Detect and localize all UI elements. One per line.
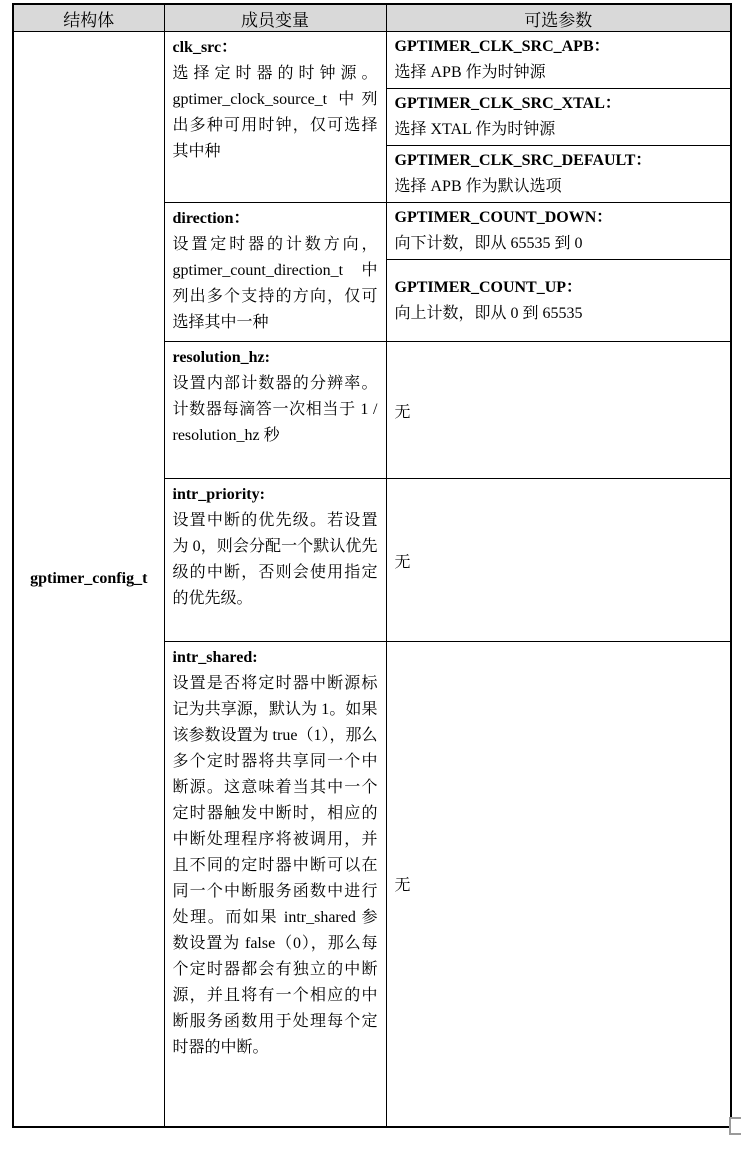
member-desc-clk-src: 选择定时器的时钟源。gptimer_clock_source_t 中列出多种可用…	[173, 61, 378, 165]
member-desc-resolution-hz: 设置内部计数器的分辨率。计数器每滴答一次相当于 1 / resolution_h…	[173, 371, 378, 449]
option-name-clk-src-default: GPTIMER_CLK_SRC_DEFAULT：	[395, 148, 723, 174]
none-label: 无	[395, 872, 723, 895]
option-cell-count-up: GPTIMER_COUNT_UP： 向上计数，即从 0 到 65535	[386, 260, 731, 342]
none-label: 无	[395, 549, 723, 572]
header-structure: 结构体	[13, 4, 164, 32]
member-name-intr-priority: intr_priority:	[173, 482, 378, 508]
member-desc-direction: 设置定时器的计数方向，gptimer_count_direction_t 中列出…	[173, 232, 378, 336]
member-cell-intr-shared: intr_shared: 设置是否将定时器中断源标记为共享源，默认为 1。如果该…	[164, 642, 386, 1127]
member-cell-clk-src: clk_src： 选择定时器的时钟源。gptimer_clock_source_…	[164, 32, 386, 203]
gptimer-config-table: 结构体 成员变量 可选参数 gptimer_config_t clk_src： …	[12, 3, 732, 1128]
option-cell-resolution-hz-none: 无	[386, 342, 731, 479]
header-optional-params: 可选参数	[386, 4, 731, 32]
option-cell-clk-src-xtal: GPTIMER_CLK_SRC_XTAL： 选择 XTAL 作为时钟源	[386, 89, 731, 146]
option-desc-clk-src-apb: 选择 APB 作为时钟源	[395, 60, 723, 86]
option-cell-intr-shared-none: 无	[386, 642, 731, 1127]
option-cell-clk-src-default: GPTIMER_CLK_SRC_DEFAULT： 选择 APB 作为默认选项	[386, 146, 731, 203]
option-name-count-up: GPTIMER_COUNT_UP：	[395, 275, 723, 301]
option-cell-clk-src-apb: GPTIMER_CLK_SRC_APB： 选择 APB 作为时钟源	[386, 32, 731, 89]
struct-name: gptimer_config_t	[30, 570, 147, 587]
member-name-direction: direction：	[173, 206, 378, 232]
header-row: 结构体 成员变量 可选参数	[13, 4, 731, 32]
none-label: 无	[395, 399, 723, 422]
option-name-clk-src-apb: GPTIMER_CLK_SRC_APB：	[395, 34, 723, 60]
member-name-intr-shared: intr_shared:	[173, 645, 378, 671]
option-cell-intr-priority-none: 无	[386, 479, 731, 642]
option-name-clk-src-xtal: GPTIMER_CLK_SRC_XTAL：	[395, 91, 723, 117]
option-desc-count-down: 向下计数，即从 65535 到 0	[395, 231, 723, 257]
struct-name-cell: gptimer_config_t	[13, 32, 164, 1127]
header-member-variable: 成员变量	[164, 4, 386, 32]
option-cell-count-down: GPTIMER_COUNT_DOWN： 向下计数，即从 65535 到 0	[386, 203, 731, 260]
member-cell-direction: direction： 设置定时器的计数方向，gptimer_count_dire…	[164, 203, 386, 342]
member-desc-intr-priority: 设置中断的优先级。若设置为 0，则会分配一个默认优先级的中断，否则会使用指定的优…	[173, 508, 378, 612]
member-desc-intr-shared: 设置是否将定时器中断源标记为共享源，默认为 1。如果该参数设置为 true（1）…	[173, 671, 378, 1061]
member-cell-intr-priority: intr_priority: 设置中断的优先级。若设置为 0，则会分配一个默认优…	[164, 479, 386, 642]
member-name-resolution-hz: resolution_hz:	[173, 345, 378, 371]
option-desc-clk-src-xtal: 选择 XTAL 作为时钟源	[395, 117, 723, 143]
option-desc-count-up: 向上计数，即从 0 到 65535	[395, 301, 723, 327]
row-clk-src-apb: gptimer_config_t clk_src： 选择定时器的时钟源。gpti…	[13, 32, 731, 89]
member-name-clk-src: clk_src：	[173, 35, 378, 61]
option-desc-clk-src-default: 选择 APB 作为默认选项	[395, 174, 723, 200]
page-corner-artifact	[729, 1117, 741, 1135]
option-name-count-down: GPTIMER_COUNT_DOWN：	[395, 205, 723, 231]
member-cell-resolution-hz: resolution_hz: 设置内部计数器的分辨率。计数器每滴答一次相当于 1…	[164, 342, 386, 479]
